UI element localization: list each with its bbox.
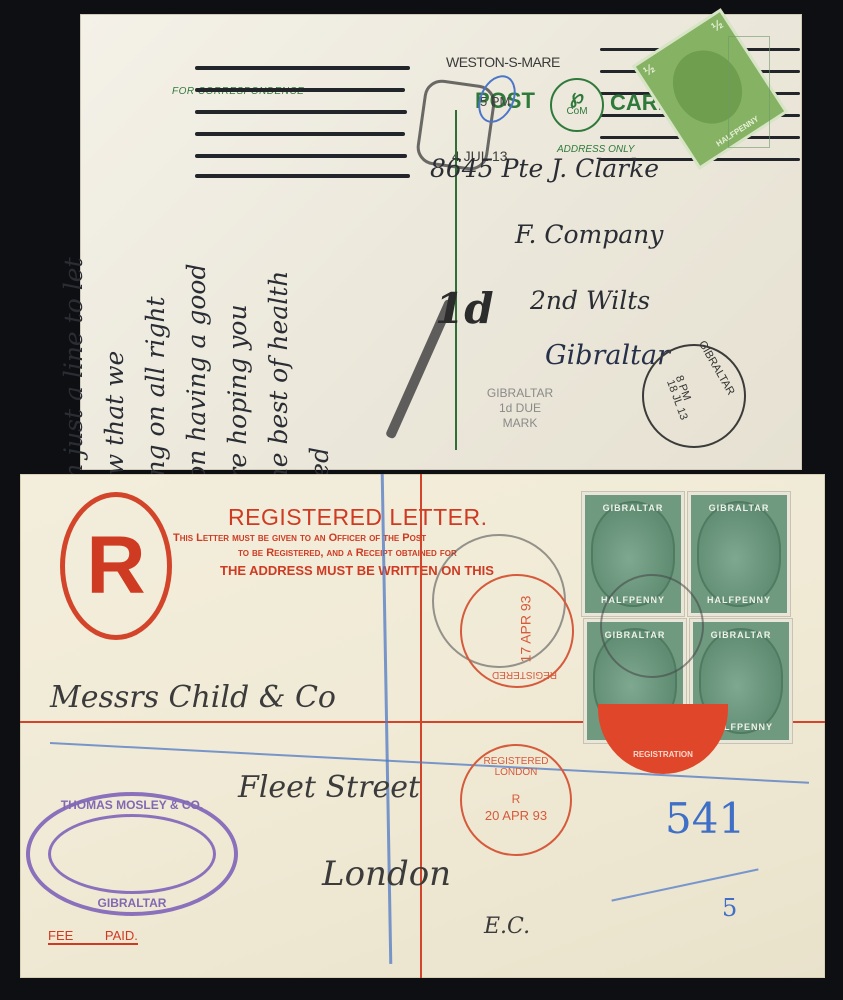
monogram-emblem: CoM ℘ xyxy=(550,78,604,132)
address-line-1: 8645 Pte J. Clarke xyxy=(430,154,659,183)
envelope-address-line-2: Fleet Street xyxy=(238,770,420,805)
registered-letter-title: REGISTERED LETTER. xyxy=(228,504,487,531)
gibraltar-stamp-2: GIBRALTAR HALFPENNY xyxy=(688,492,790,616)
due-mark-note: GIBRALTAR 1d DUE MARK xyxy=(480,386,560,431)
registered-london-mark: REGISTERED LONDON R 20 APR 93 xyxy=(460,744,572,856)
registered-envelope: R REGISTERED LETTER. This Letter must be… xyxy=(20,474,825,978)
postage-due-mark: 1d xyxy=(435,284,494,333)
envelope-address-line-4: E.C. xyxy=(484,914,530,939)
sender-cachet: THOMAS MOSLEY & CO. GIBRALTAR xyxy=(26,792,238,916)
postcard: FOR CORRESPONDENCE WESTON-S-MARE POST Co… xyxy=(80,14,802,470)
registered-gibraltar-mark: 17 APR 93 REGISTERED xyxy=(460,574,574,688)
gibraltar-cds: GIBRALTAR 8 PM 18 JL 13 xyxy=(642,344,746,448)
cancel-town: WESTON-S-MARE xyxy=(446,54,560,70)
blue-pencil-small: 5 xyxy=(722,894,737,922)
blue-pencil-number: 541 xyxy=(665,794,745,843)
registered-r-emblem: R xyxy=(60,492,172,640)
instruction-line-2: to be Registered, and a Receipt obtained… xyxy=(238,547,457,559)
address-line-3: 2nd Wilts xyxy=(530,286,650,315)
registration-indicium: REGISTRATION xyxy=(598,704,728,774)
red-vertical-line xyxy=(420,474,422,978)
fee-paid-label: FEE PAID. xyxy=(48,928,138,945)
address-line-2: F. Company xyxy=(515,220,663,249)
envelope-address-line-3: London xyxy=(322,854,451,894)
paquebot-oval-mark xyxy=(600,574,704,678)
instruction-line-1: This Letter must be given to an Officer … xyxy=(173,532,426,544)
envelope-address-line-1: Messrs Child & Co xyxy=(50,680,336,715)
